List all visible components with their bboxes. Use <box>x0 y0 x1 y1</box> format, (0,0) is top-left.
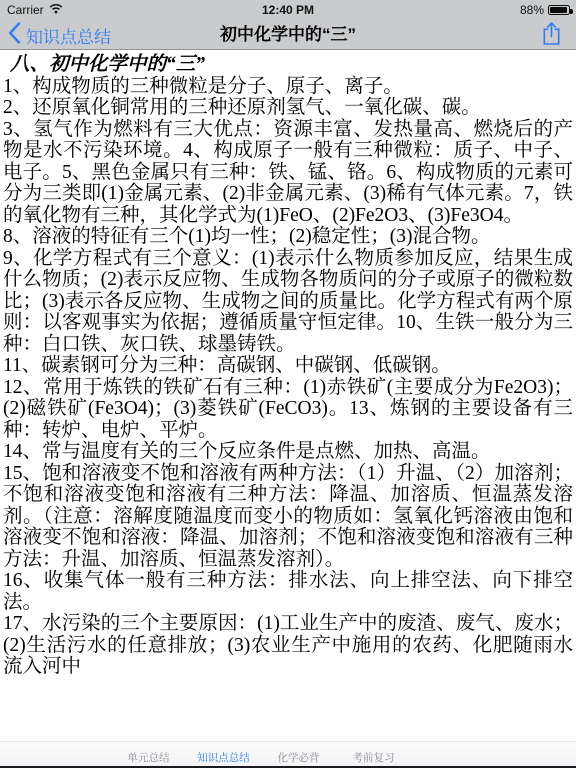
tab-knowledge-points-summary[interactable]: 知识点总结 <box>186 744 261 765</box>
tab-group: 单元总结 知识点总结 化学必背 考前复习 <box>111 742 411 766</box>
battery-percent-label: 88% <box>520 3 544 17</box>
note-paragraph: 3、氢气作为燃料有三大优点：资源丰富、发热量高、燃烧后的产物是水不污染环境。4、… <box>3 119 573 227</box>
note-paragraph: 2、还原氧化铜常用的三种还原剂氢气、一氧化碳、碳。 <box>3 97 573 119</box>
note-paragraph: 16、收集气体一般有三种方法：排水法、向上排空法、向下排空法。 <box>3 570 573 613</box>
battery-icon <box>548 5 570 15</box>
navigation-bar: 知识点总结 初中化学中的“三” <box>0 20 576 50</box>
tab-bar: 单元总结 知识点总结 化学必背 考前复习 <box>0 741 576 766</box>
note-paragraph: 8、溶液的特征有三个(1)均一性；(2)稳定性；(3)混合物。 <box>3 226 573 248</box>
note-paragraph: 15、饱和溶液变不饱和溶液有两种方法：（1）升温、（2）加溶剂；不饱和溶液变饱和… <box>3 463 573 571</box>
share-icon <box>542 21 561 51</box>
note-paragraph: 17、水污染的三个主要原因：(1)工业生产中的废渣、废气、废水；(2)生活污水的… <box>3 613 573 678</box>
note-paragraph: 9、化学方程式有三个意义：(1)表示什么物质参加反应，结果生成什么物质；(2)表… <box>3 248 573 356</box>
top-bar: Carrier 12:40 PM 88% <box>0 0 576 50</box>
back-chevron-icon <box>8 22 21 49</box>
tab-chemistry-must-memorize[interactable]: 化学必背 <box>261 744 336 765</box>
clock-label: 12:40 PM <box>0 0 576 20</box>
note-paragraph: 14、常与温度有关的三个反应条件是点燃、加热、高温。 <box>3 441 573 463</box>
share-button[interactable] <box>540 22 562 49</box>
note-paragraph: 1、构成物质的三种微粒是分子、原子、离子。 <box>3 76 573 98</box>
tab-pre-exam-review[interactable]: 考前复习 <box>336 744 411 765</box>
page-title: 初中化学中的“三” <box>220 20 356 50</box>
status-right: 88% <box>520 0 570 20</box>
section-heading: 八、初中化学中的“三” <box>3 54 573 76</box>
note-paragraph: 12、常用于炼铁的铁矿石有三种：(1)赤铁矿(主要成分为Fe2O3)；(2)磁铁… <box>3 377 573 442</box>
tab-unit-summary[interactable]: 单元总结 <box>111 744 186 765</box>
status-bar: Carrier 12:40 PM 88% <box>0 0 576 20</box>
note-paragraph: 11、碳素钢可分为三种：高碳钢、中碳钢、低碳钢。 <box>3 355 573 377</box>
app-screen: Carrier 12:40 PM 88% <box>0 0 576 768</box>
note-content-scroll-area[interactable]: 八、初中化学中的“三” 1、构成物质的三种微粒是分子、原子、离子。 2、还原氧化… <box>0 51 576 741</box>
back-button-label: 知识点总结 <box>26 23 111 48</box>
back-button[interactable]: 知识点总结 <box>8 20 111 50</box>
